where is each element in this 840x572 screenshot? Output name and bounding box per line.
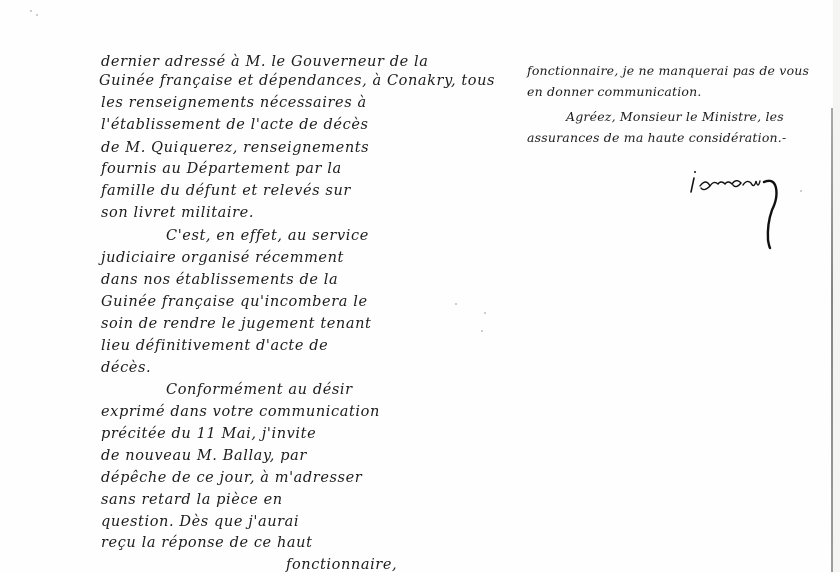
text-line: reçu la réponse de ce haut: [101, 535, 313, 551]
text-line: en donner communication.: [527, 84, 702, 99]
text-line: de nouveau M. Ballay, par: [101, 448, 307, 464]
scan-speck: [30, 10, 32, 12]
page-edge-shadow-line: [831, 108, 833, 572]
scan-speck: [455, 303, 457, 305]
scanned-letter-page: dernier adressé à M. le Gouverneur de la…: [0, 0, 840, 572]
text-line: C'est, en effet, au service: [166, 228, 369, 244]
text-line: son livret militaire.: [101, 205, 254, 221]
text-line: les renseignements nécessaires à: [101, 95, 367, 111]
text-line: soin de rendre le jugement tenant: [101, 316, 371, 332]
text-line: décès.: [101, 360, 151, 376]
text-line: de M. Quiquerez, renseignements: [101, 140, 369, 156]
scan-edge-shade: [833, 0, 840, 572]
text-line: fournis au Département par la: [101, 161, 342, 177]
text-line: Conformément au désir: [166, 382, 353, 398]
text-line: assurances de ma haute considération.-: [527, 130, 786, 145]
text-line: sans retard la pièce en: [101, 492, 283, 508]
text-line: lieu définitivement d'acte de: [101, 338, 328, 354]
text-line: Guinée française et dépendances, à Conak…: [99, 73, 495, 89]
scan-speck: [484, 312, 486, 314]
text-line: l'établissement de l'acte de décès: [101, 117, 369, 133]
text-line: question. Dès que j'aurai: [101, 514, 299, 530]
text-line: dans nos établissements de la: [101, 272, 338, 288]
text-line: dernier adressé à M. le Gouverneur de la: [101, 54, 428, 70]
text-line: famille du défunt et relevés sur: [101, 183, 351, 199]
scan-speck: [481, 330, 483, 332]
text-line: fonctionnaire, je ne manquerai pas de vo…: [527, 63, 809, 78]
text-line: fonctionnaire,: [286, 557, 397, 572]
text-line: judiciaire organisé récemment: [101, 250, 344, 266]
text-line: Guinée française qu'incombera le: [101, 294, 368, 310]
text-line: dépêche de ce jour, à m'adresser: [101, 470, 362, 486]
handwritten-signature: [688, 168, 808, 250]
text-line: exprimé dans votre communication: [101, 404, 380, 420]
text-line: Agréez, Monsieur le Ministre, les: [566, 109, 784, 124]
text-line: précitée du 11 Mai, j'invite: [101, 426, 316, 442]
scan-speck: [36, 14, 38, 16]
